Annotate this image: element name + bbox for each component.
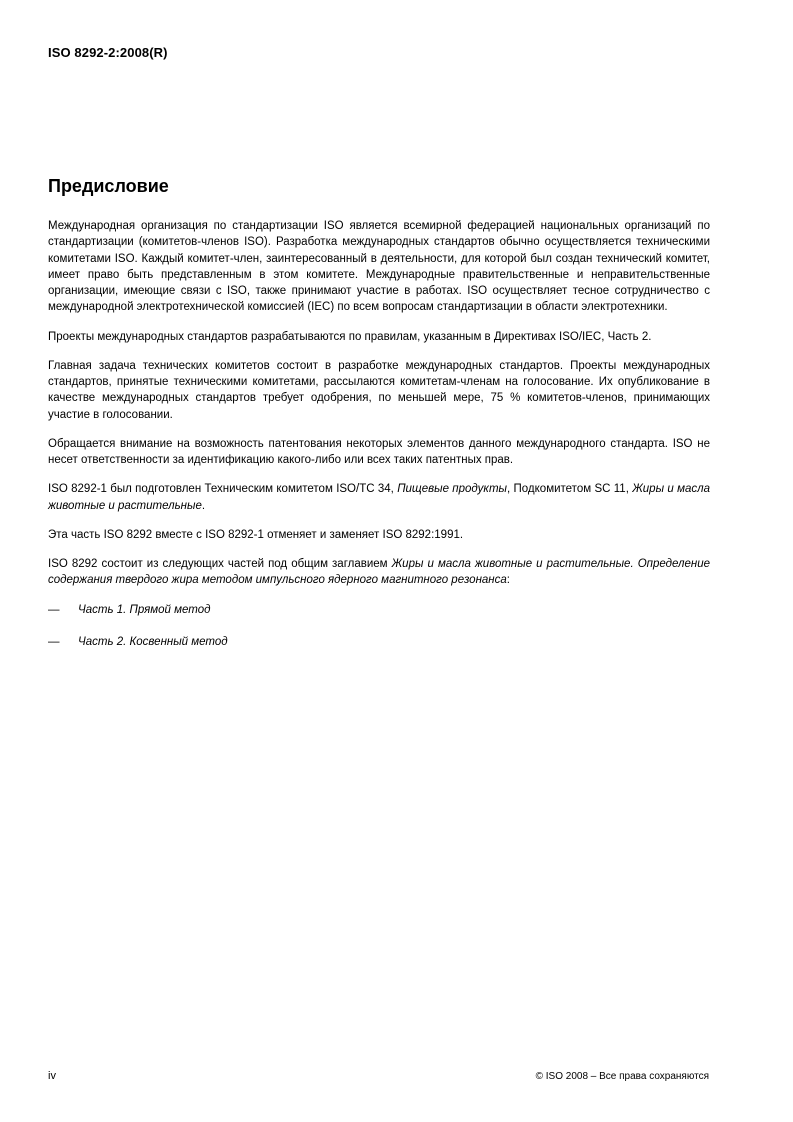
paragraph: Главная задача технических комитетов сос…	[48, 358, 710, 423]
text-segment: Проекты международных стандартов разраба…	[48, 331, 651, 343]
paragraph: ISO 8292 состоит из следующих частей под…	[48, 556, 710, 589]
list-item: —Часть 1. Прямой метод	[48, 602, 710, 618]
foreword-section: Предисловие Международная организация по…	[48, 176, 710, 666]
page-number: iv	[48, 1070, 56, 1082]
list-item: —Часть 2. Косвенный метод	[48, 634, 710, 650]
parts-list: —Часть 1. Прямой метод—Часть 2. Косвенны…	[48, 602, 710, 651]
paragraph: Международная организация по стандартиза…	[48, 218, 710, 316]
list-item-text: Часть 2. Косвенный метод	[78, 634, 228, 650]
text-segment-italic: Часть 2. Косвенный метод	[78, 636, 228, 648]
paragraphs-container: Международная организация по стандартиза…	[48, 218, 710, 589]
document-page: ISO 8292-2:2008(R) Предисловие Междунаро…	[0, 0, 793, 1122]
paragraph: Обращается внимание на возможность патен…	[48, 436, 710, 469]
text-segment: Главная задача технических комитетов сос…	[48, 360, 710, 421]
section-title: Предисловие	[48, 176, 710, 197]
text-segment-italic: Часть 1. Прямой метод	[78, 604, 210, 616]
list-dash: —	[48, 634, 78, 650]
text-segment: Международная организация по стандартиза…	[48, 220, 710, 313]
text-segment: ISO 8292-1 был подготовлен Техническим к…	[48, 483, 397, 495]
document-reference: ISO 8292-2:2008(R)	[48, 45, 168, 60]
copyright-notice: © ISO 2008 – Все права сохраняются	[536, 1071, 709, 1082]
document-footer: iv © ISO 2008 – Все права сохраняются	[48, 1070, 709, 1082]
text-segment: Эта часть ISO 8292 вместе с ISO 8292-1 о…	[48, 529, 463, 541]
text-segment: ISO 8292 состоит из следующих частей под…	[48, 558, 392, 570]
text-segment: :	[507, 574, 510, 586]
text-segment: , Подкомитетом SC 11,	[507, 483, 632, 495]
text-segment-italic: Пищевые продукты	[397, 483, 507, 495]
document-header: ISO 8292-2:2008(R)	[48, 45, 168, 60]
text-segment: .	[202, 500, 205, 512]
list-item-text: Часть 1. Прямой метод	[78, 602, 210, 618]
list-dash: —	[48, 602, 78, 618]
paragraph: Эта часть ISO 8292 вместе с ISO 8292-1 о…	[48, 527, 710, 543]
paragraph: Проекты международных стандартов разраба…	[48, 329, 710, 345]
text-segment: Обращается внимание на возможность патен…	[48, 438, 710, 466]
paragraph: ISO 8292-1 был подготовлен Техническим к…	[48, 481, 710, 514]
